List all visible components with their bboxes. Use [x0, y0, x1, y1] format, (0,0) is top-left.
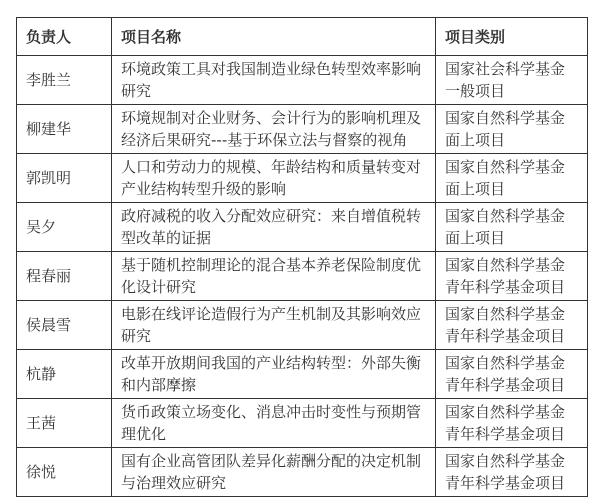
table-row: 程春丽 基于随机控制理论的混合基本养老保险制度优化设计研究 国家自然科学基金 青… [17, 252, 588, 301]
table-row: 徐悦 国有企业高管团队差异化薪酬分配的决定机制与治理效应研究 国家自然科学基金 … [17, 448, 588, 497]
cell-project-category: 国家自然科学基金 面上项目 [436, 154, 588, 203]
cell-project-category: 国家自然科学基金 青年科学基金项目 [436, 399, 588, 448]
cell-project-title: 货币政策立场变化、消息冲击时变性与预期管理优化 [112, 399, 436, 448]
cell-project-title: 国有企业高管团队差异化薪酬分配的决定机制与治理效应研究 [112, 448, 436, 497]
table-row: 侯晨雪 电影在线评论造假行为产生机制及其影响效应研究 国家自然科学基金 青年科学… [17, 301, 588, 350]
cell-project-category: 国家自然科学基金 青年科学基金项目 [436, 350, 588, 399]
header-row: 负责人 项目名称 项目类别 [17, 18, 588, 56]
table-row: 杭静 改革开放期间我国的产业结构转型：外部失衡和内部摩擦 国家自然科学基金 青年… [17, 350, 588, 399]
cell-person-name: 程春丽 [17, 252, 112, 301]
cell-project-title: 环境政策工具对我国制造业绿色转型效率影响研究 [112, 56, 436, 105]
cell-person-name: 王茜 [17, 399, 112, 448]
cell-person-name: 吴夕 [17, 203, 112, 252]
cell-project-category: 国家自然科学基金 青年科学基金项目 [436, 448, 588, 497]
cell-project-category: 国家自然科学基金 青年科学基金项目 [436, 301, 588, 350]
table-row: 李胜兰 环境政策工具对我国制造业绿色转型效率影响研究 国家社会科学基金 一般项目 [17, 56, 588, 105]
cell-project-title: 人口和劳动力的规模、年龄结构和质量转变对产业结构转型升级的影响 [112, 154, 436, 203]
cell-project-category: 国家自然科学基金 青年科学基金项目 [436, 252, 588, 301]
cell-person-name: 柳建华 [17, 105, 112, 154]
cell-project-title: 政府减税的收入分配效应研究：来自增值税转型改革的证据 [112, 203, 436, 252]
cell-project-title: 基于随机控制理论的混合基本养老保险制度优化设计研究 [112, 252, 436, 301]
column-header-project: 项目名称 [112, 18, 436, 56]
column-header-category: 项目类别 [436, 18, 588, 56]
cell-project-title: 电影在线评论造假行为产生机制及其影响效应研究 [112, 301, 436, 350]
cell-person-name: 侯晨雪 [17, 301, 112, 350]
table-row: 柳建华 环境规制对企业财务、会计行为的影响机理及经济后果研究---基于环保立法与… [17, 105, 588, 154]
cell-project-category: 国家社会科学基金 一般项目 [436, 56, 588, 105]
cell-person-name: 杭静 [17, 350, 112, 399]
table-row: 王茜 货币政策立场变化、消息冲击时变性与预期管理优化 国家自然科学基金 青年科学… [17, 399, 588, 448]
column-header-person: 负责人 [17, 18, 112, 56]
cell-project-category: 国家自然科学基金 面上项目 [436, 105, 588, 154]
cell-project-title: 改革开放期间我国的产业结构转型：外部失衡和内部摩擦 [112, 350, 436, 399]
cell-person-name: 郭凯明 [17, 154, 112, 203]
cell-project-category: 国家自然科学基金 面上项目 [436, 203, 588, 252]
cell-person-name: 徐悦 [17, 448, 112, 497]
cell-project-title: 环境规制对企业财务、会计行为的影响机理及经济后果研究---基于环保立法与督察的视… [112, 105, 436, 154]
projects-table: 负责人 项目名称 项目类别 李胜兰 环境政策工具对我国制造业绿色转型效率影响研究… [16, 17, 588, 497]
table-row: 吴夕 政府减税的收入分配效应研究：来自增值税转型改革的证据 国家自然科学基金 面… [17, 203, 588, 252]
table-row: 郭凯明 人口和劳动力的规模、年龄结构和质量转变对产业结构转型升级的影响 国家自然… [17, 154, 588, 203]
cell-person-name: 李胜兰 [17, 56, 112, 105]
